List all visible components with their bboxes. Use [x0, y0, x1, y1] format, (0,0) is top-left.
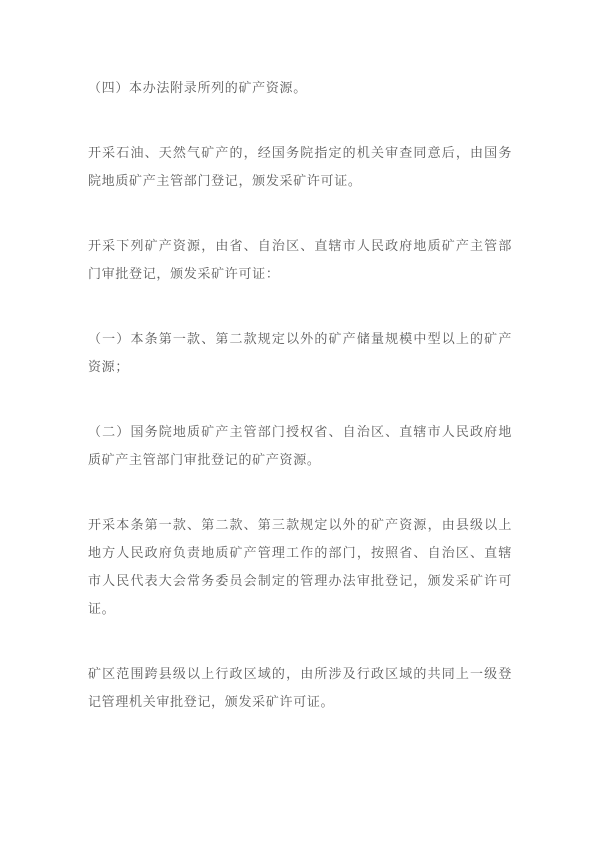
paragraph-item-4-clause: （四）本办法附录所列的矿产资源。: [88, 75, 512, 103]
paragraph-item-1-clause: （一）本条第一款、第二款规定以外的矿产储量规模中型以上的矿产资源；: [88, 326, 512, 382]
paragraph-county-level-registration: 开采本条第一款、第二款、第三款规定以外的矿产资源，由县级以上地方人民政府负责地质…: [88, 512, 512, 624]
paragraph-provincial-approval-intro: 开采下列矿产资源，由省、自治区、直辖市人民政府地质矿产主管部门审批登记，颁发采矿…: [88, 233, 512, 289]
paragraph-cross-region-registration: 矿区范围跨县级以上行政区域的，由所涉及行政区域的共同上一级登记管理机关审批登记，…: [88, 661, 512, 717]
paragraph-item-2-clause: （二）国务院地质矿产主管部门授权省、自治区、直辖市人民政府地质矿产主管部门审批登…: [88, 419, 512, 475]
document-body: （四）本办法附录所列的矿产资源。 开采石油、天然气矿产的，经国务院指定的机关审查…: [88, 75, 512, 717]
document-page: （四）本办法附录所列的矿产资源。 开采石油、天然气矿产的，经国务院指定的机关审查…: [0, 0, 595, 841]
paragraph-oil-gas-registration: 开采石油、天然气矿产的，经国务院指定的机关审查同意后，由国务院地质矿产主管部门登…: [88, 140, 512, 196]
